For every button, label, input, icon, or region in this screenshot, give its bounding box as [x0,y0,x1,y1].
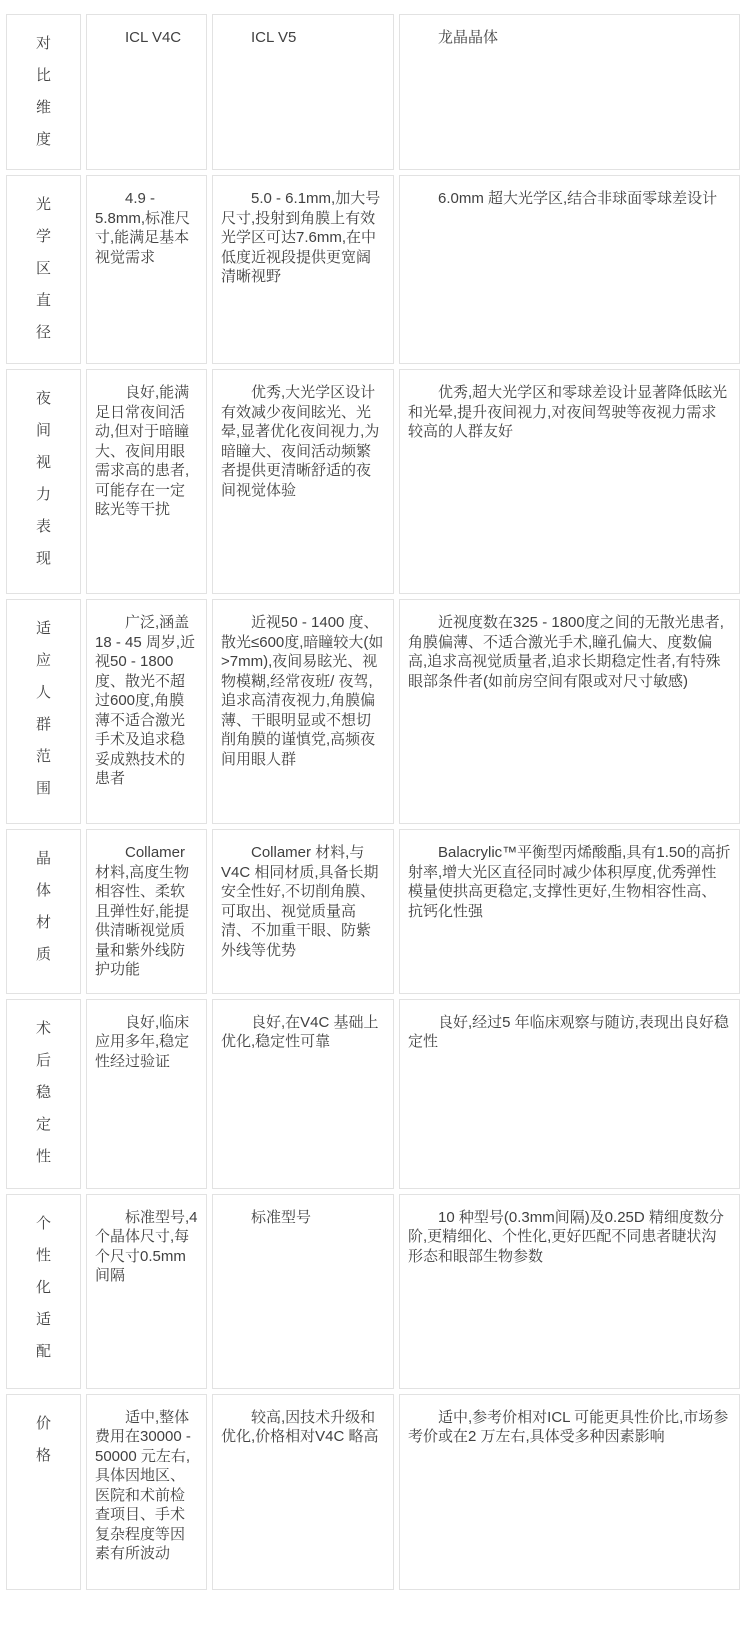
cell-text: 近视度数在325 - 1800度之间的无散光患者,角膜偏薄、不适合激光手术,瞳孔… [408,613,731,691]
cell-text: 良好,经过5 年临床观察与随访,表现出良好稳定性 [408,1013,731,1052]
page: 对比维度 ICL V4C ICL V5 龙晶晶体 光学区直径 4.9 - 5.8… [0,9,746,1639]
row-header-label: 个性化适配 [35,1208,52,1368]
table-cell: 标准型号 [212,1194,394,1389]
cell-text: 标准型号,4 个晶体尺寸,每个尺寸0.5mm 间隔 [95,1208,198,1286]
cell-text: Collamer 材料,高度生物相容性、柔软且弹性好,能提供清晰视觉质量和紫外线… [95,843,198,980]
table-cell: 良好,经过5 年临床观察与随访,表现出良好稳定性 [399,999,740,1189]
table-row-postop-stability: 术后稳定性 良好,临床应用多年,稳定性经过验证 良好,在V4C 基础上优化,稳定… [6,999,740,1189]
row-header-label: 价格 [35,1408,52,1472]
row-header-optical-zone: 光学区直径 [6,175,81,364]
row-header-label: 适应人群范围 [35,613,52,805]
table-cell: 近视50 - 1400 度、散光≤600度,暗瞳较大(如>7mm),夜间易眩光、… [212,599,394,824]
cell-text: 优秀,大光学区设计有效减少夜间眩光、光晕,显著优化夜间视力,为暗瞳大、夜间活动频… [221,383,385,500]
table-cell: 5.0 - 6.1mm,加大号尺寸,投射到角膜上有效光学区可达7.6mm,在中低… [212,175,394,364]
comparison-table: 对比维度 ICL V4C ICL V5 龙晶晶体 光学区直径 4.9 - 5.8… [1,9,745,1595]
table-cell: 良好,在V4C 基础上优化,稳定性可靠 [212,999,394,1189]
table-row-night-vision: 夜间视力表现 良好,能满足日常夜间活动,但对于暗瞳大、夜间用眼需求高的患者,可能… [6,369,740,594]
cell-text: 近视50 - 1400 度、散光≤600度,暗瞳较大(如>7mm),夜间易眩光、… [221,613,385,769]
table-row-price: 价格 适中,整体费用在30000 - 50000 元左右,具体因地区、医院和术前… [6,1394,740,1590]
table-cell: 广泛,涵盖18 - 45 周岁,近视50 - 1800 度、散光不超过600度,… [86,599,207,824]
row-header-label: 光学区直径 [35,189,52,349]
row-header-price: 价格 [6,1394,81,1590]
table-cell: 优秀,大光学区设计有效减少夜间眩光、光晕,显著优化夜间视力,为暗瞳大、夜间活动频… [212,369,394,594]
cell-text: 标准型号 [221,1208,385,1228]
cell-text: 适中,整体费用在30000 - 50000 元左右,具体因地区、医院和术前检查项… [95,1408,198,1564]
cell-text: 良好,能满足日常夜间活动,但对于暗瞳大、夜间用眼需求高的患者,可能存在一定眩光等… [95,383,198,520]
row-header-label: 晶体材质 [35,843,52,971]
row-header-customization: 个性化适配 [6,1194,81,1389]
table-row-customization: 个性化适配 标准型号,4 个晶体尺寸,每个尺寸0.5mm 间隔 标准型号 10 … [6,1194,740,1389]
table-cell: 良好,能满足日常夜间活动,但对于暗瞳大、夜间用眼需求高的患者,可能存在一定眩光等… [86,369,207,594]
row-header-label: 夜间视力表现 [35,383,52,575]
cell-text: 良好,在V4C 基础上优化,稳定性可靠 [221,1013,385,1052]
cell-text: 10 种型号(0.3mm间隔)及0.25D 精细度数分阶,更精细化、个性化,更好… [408,1208,731,1267]
column-header-icl-v4c-label: ICL V4C [95,28,198,48]
table-cell: Collamer 材料,高度生物相容性、柔软且弹性好,能提供清晰视觉质量和紫外线… [86,829,207,994]
column-header-longjing-label: 龙晶晶体 [408,28,731,48]
row-header-lens-material: 晶体材质 [6,829,81,994]
dimension-header-label: 对比维度 [35,28,52,156]
cell-text: Balacrylic™平衡型丙烯酸酯,具有1.50的高折射率,增大光区直径同时减… [408,843,731,921]
column-header-icl-v5: ICL V5 [212,14,394,170]
table-row-lens-material: 晶体材质 Collamer 材料,高度生物相容性、柔软且弹性好,能提供清晰视觉质… [6,829,740,994]
table-cell: 适中,整体费用在30000 - 50000 元左右,具体因地区、医院和术前检查项… [86,1394,207,1590]
table-cell: 6.0mm 超大光学区,结合非球面零球差设计 [399,175,740,364]
table-row-optical-zone: 光学区直径 4.9 - 5.8mm,标准尺寸,能满足基本视觉需求 5.0 - 6… [6,175,740,364]
table-cell: Collamer 材料,与V4C 相同材质,具备长期安全性好,不切削角膜、可取出… [212,829,394,994]
row-header-label: 术后稳定性 [35,1013,52,1173]
cell-text: 6.0mm 超大光学区,结合非球面零球差设计 [408,189,731,209]
cell-text: 较高,因技术升级和优化,价格相对V4C 略高 [221,1408,385,1447]
cell-text: 4.9 - 5.8mm,标准尺寸,能满足基本视觉需求 [95,189,198,267]
table-cell: 4.9 - 5.8mm,标准尺寸,能满足基本视觉需求 [86,175,207,364]
column-header-icl-v5-label: ICL V5 [221,28,385,48]
table-cell: 近视度数在325 - 1800度之间的无散光患者,角膜偏薄、不适合激光手术,瞳孔… [399,599,740,824]
table-cell: 10 种型号(0.3mm间隔)及0.25D 精细度数分阶,更精细化、个性化,更好… [399,1194,740,1389]
table-header-row: 对比维度 ICL V4C ICL V5 龙晶晶体 [6,14,740,170]
cell-text: 良好,临床应用多年,稳定性经过验证 [95,1013,198,1072]
cell-text: 5.0 - 6.1mm,加大号尺寸,投射到角膜上有效光学区可达7.6mm,在中低… [221,189,385,287]
cell-text: 广泛,涵盖18 - 45 周岁,近视50 - 1800 度、散光不超过600度,… [95,613,198,789]
column-header-icl-v4c: ICL V4C [86,14,207,170]
row-header-postop-stability: 术后稳定性 [6,999,81,1189]
row-header-target-patients: 适应人群范围 [6,599,81,824]
cell-text: Collamer 材料,与V4C 相同材质,具备长期安全性好,不切削角膜、可取出… [221,843,385,960]
cell-text: 优秀,超大光学区和零球差设计显著降低眩光和光晕,提升夜间视力,对夜间驾驶等夜视力… [408,383,731,442]
table-cell: Balacrylic™平衡型丙烯酸酯,具有1.50的高折射率,增大光区直径同时减… [399,829,740,994]
table-cell: 优秀,超大光学区和零球差设计显著降低眩光和光晕,提升夜间视力,对夜间驾驶等夜视力… [399,369,740,594]
dimension-header-cell: 对比维度 [6,14,81,170]
table-cell: 良好,临床应用多年,稳定性经过验证 [86,999,207,1189]
column-header-longjing: 龙晶晶体 [399,14,740,170]
table-cell: 适中,参考价相对ICL 可能更具性价比,市场参考价或在2 万左右,具体受多种因素… [399,1394,740,1590]
cell-text: 适中,参考价相对ICL 可能更具性价比,市场参考价或在2 万左右,具体受多种因素… [408,1408,731,1447]
table-row-target-patients: 适应人群范围 广泛,涵盖18 - 45 周岁,近视50 - 1800 度、散光不… [6,599,740,824]
row-header-night-vision: 夜间视力表现 [6,369,81,594]
table-cell: 标准型号,4 个晶体尺寸,每个尺寸0.5mm 间隔 [86,1194,207,1389]
table-cell: 较高,因技术升级和优化,价格相对V4C 略高 [212,1394,394,1590]
